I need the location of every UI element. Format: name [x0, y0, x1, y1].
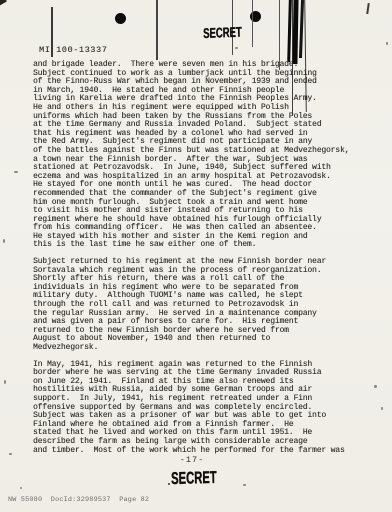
- scan-speck: [4, 380, 6, 384]
- paragraph: Subject returned to his regiment at the …: [33, 258, 380, 353]
- body-line: and timber. Most of the work which he pe…: [33, 447, 380, 456]
- footer-reference: NW 55080 DocId:32989537 Page 82: [8, 496, 149, 504]
- scan-line-artifact: [156, 0, 158, 60]
- document-body: and brigade leader. There were seven men…: [33, 61, 380, 463]
- secret-stamp-bottom: SECRET: [171, 468, 217, 489]
- body-line: this is the last time he saw either one …: [33, 241, 380, 250]
- hole-punch-mark: [115, 13, 126, 24]
- page-number: -17-: [0, 455, 388, 465]
- scan-mark-artifact: [366, 3, 369, 14]
- secret-stamp-top: SECRET: [203, 24, 242, 41]
- scan-speck: [235, 47, 238, 49]
- scan-speck: [14, 171, 18, 173]
- scan-speck: [20, 487, 22, 489]
- scan-streak-artifact: [292, 0, 298, 64]
- body-line: Medvezhegorsk.: [33, 344, 380, 353]
- scan-speck: [168, 483, 170, 485]
- scan-speck: [3, 239, 5, 243]
- scan-speck: [243, 484, 246, 486]
- scan-line-artifact: [252, 0, 253, 47]
- document-page: SECRET MI 100-13337 and brigade leader. …: [0, 0, 392, 512]
- scan-speck: [381, 407, 383, 410]
- paragraph: and brigade leader. There were seven men…: [33, 61, 380, 250]
- file-number: MI 100-13337: [39, 45, 107, 55]
- paragraph: In May, 1941, his regiment again was ret…: [33, 361, 380, 456]
- scan-corner-mark: [0, 0, 7, 6]
- scan-speck: [386, 42, 388, 45]
- scan-streak-artifact: [299, 0, 304, 58]
